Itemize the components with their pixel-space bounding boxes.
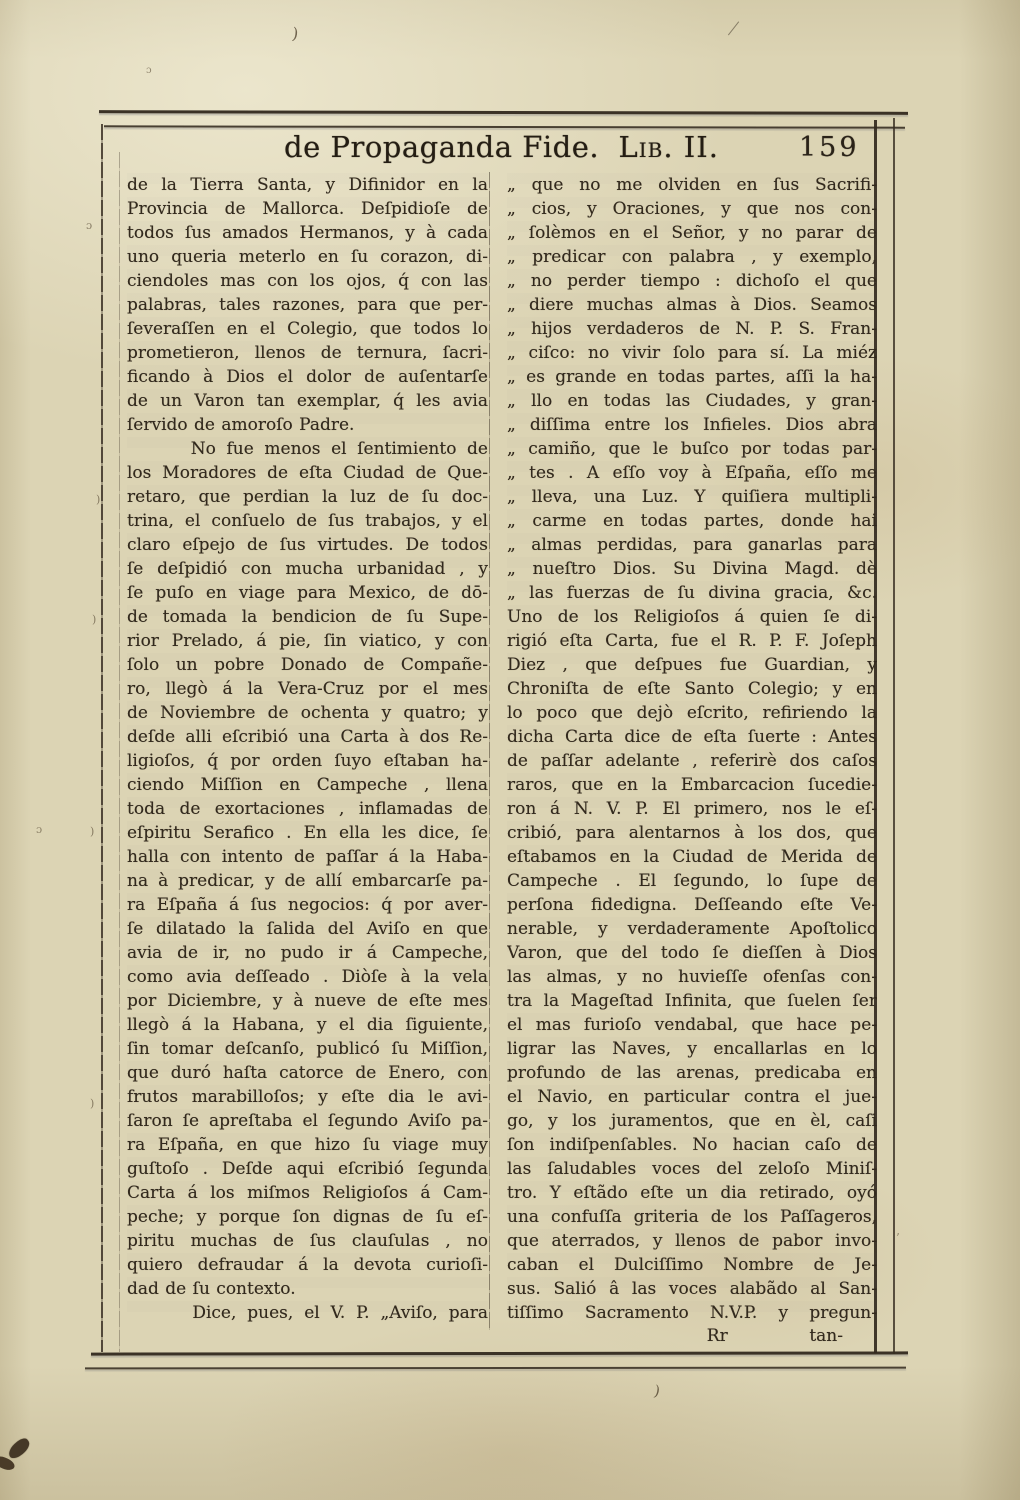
- text-line: las almas, y no huvieſſe ofenſas con-: [507, 965, 877, 989]
- text-line: caban el Dulciſſimo Nombre de Je-: [507, 1253, 877, 1277]
- page-header: de Propaganda Fide. Lib. II. 159: [0, 130, 1020, 172]
- text-line: perſona fidedigna. Deſſeando eſte Ve-: [507, 893, 877, 917]
- text-line: palabras, tales razones, para que per-: [127, 293, 488, 317]
- text-line: dicha Carta dice de eſta ſuerte : Antes: [507, 725, 877, 749]
- text-line: como avia deſſeado . Diòſe à la vela: [127, 965, 488, 989]
- top-rule-outer: [99, 110, 908, 115]
- ink-mark: ’: [896, 1232, 900, 1244]
- text-line: piritu muchas de ſus clauſulas , no: [127, 1229, 488, 1253]
- text-line: „ tes . A eſſo voy à Eſpaña, eſſo me: [507, 461, 877, 485]
- text-line: ſin tomar deſcanſo, publicó ſu Miſſion,: [127, 1037, 488, 1061]
- text-line: de un Varon tan exemplar, q́ les avia: [127, 389, 488, 413]
- text-line: No fue menos el ſentimiento de: [127, 437, 488, 461]
- text-line: las ſaludables voces del zeloſo Miniſ-: [507, 1157, 877, 1181]
- text-line: profundo de las arenas, predicaba en: [507, 1061, 877, 1085]
- text-line: frutos marabilloſos; y eſte dia le avi-: [127, 1085, 488, 1109]
- text-line: ſe dilatado la ſalida del Aviſo en que: [127, 917, 488, 941]
- text-line: sus. Salió â las voces alabãdo al San-: [507, 1277, 877, 1301]
- text-line: „ llo en todas las Ciudades, y gran-: [507, 389, 877, 413]
- text-line: claro eſpejo de ſus virtudes. De todos: [127, 533, 488, 557]
- ink-mark: ): [96, 494, 100, 505]
- text-line: Varon, que del todo ſe dieſſen à Dios: [507, 941, 877, 965]
- text-line: go, y los juramentos, que en èl, caſi: [507, 1109, 877, 1133]
- text-line: que duró haſta catorce de Enero, con: [127, 1061, 488, 1085]
- text-line: ſervido de amoroſo Padre.: [127, 413, 488, 437]
- text-line: ligrar las Naves, y encallarlas en lo: [507, 1037, 877, 1061]
- text-line: ſaron ſe apreſtaba el ſegundo Aviſo pa-: [127, 1109, 488, 1133]
- text-line: retaro, que perdian la luz de ſu doc-: [127, 485, 488, 509]
- left-frame-line-inner: [119, 152, 120, 1352]
- column-divider-line: [489, 172, 490, 1330]
- text-line: de Noviembre de ochenta y quatro; y: [127, 701, 488, 725]
- text-line: „ carme en todas partes, donde hai: [507, 509, 877, 533]
- running-title: de Propaganda Fide. Lib. II.: [284, 130, 719, 164]
- text-line: todos ſus amados Hermanos, y à cada: [127, 221, 488, 245]
- running-title-text: de Propaganda Fide.: [284, 130, 599, 164]
- text-line: de paſſar adelante , referirè dos caſos: [507, 749, 877, 773]
- text-line: uno queria meterlo en ſu corazon, di-: [127, 245, 488, 269]
- ink-blot: [0, 1440, 35, 1480]
- text-line: ſeveraſſen en el Colegio, que todos lo: [127, 317, 488, 341]
- page-number: 159: [799, 132, 860, 163]
- text-line: „ diere muchas almas à Dios. Seamos: [507, 293, 877, 317]
- text-line: ficando à Dios el dolor de auſentarſe: [127, 365, 488, 389]
- text-line: „ nueſtro Dios. Su Divina Magd. dè: [507, 557, 877, 581]
- text-line: rigió eſta Carta, fue el R. P. F. Joſeph: [507, 629, 877, 653]
- ink-blot-part: [6, 1436, 33, 1461]
- text-line: rior Prelado, á pie, ſin viatico, y con: [127, 629, 488, 653]
- text-line: ciendoles mas con los ojos, q́ con las: [127, 269, 488, 293]
- bottom-rule-inner: [91, 1351, 908, 1355]
- text-line: Campeche . El ſegundo, lo ſupe de: [507, 869, 877, 893]
- text-line: toda de exortaciones , inflamadas de: [127, 797, 488, 821]
- text-line: tro. Y eſtãdo eſte un dia retirado, oyó: [507, 1181, 877, 1205]
- text-line: „ almas perdidas, para ganarlas para: [507, 533, 877, 557]
- left-text-column: de la Tierra Santa, y Difinidor en laPro…: [127, 173, 488, 1325]
- text-line: deſde alli eſcribió una Carta à dos Re-: [127, 725, 488, 749]
- text-line: lo poco que dejò eſcrito, refiriendo la: [507, 701, 877, 725]
- text-line: Diez , que deſpues fue Guardian, y: [507, 653, 877, 677]
- right-frame-line-outer: [893, 118, 895, 1354]
- text-line: „ es grande en todas partes, aſſi la ha-: [507, 365, 877, 389]
- book-page-scan: de Propaganda Fide. Lib. II. 159 de la T…: [0, 0, 1020, 1500]
- top-rule-inner: [104, 125, 905, 129]
- text-line: „ cios, y Oraciones, y que nos con-: [507, 197, 877, 221]
- ink-mark: ): [653, 1384, 662, 1400]
- text-line: ro, llegò á la Vera-Cruz por el mes: [127, 677, 488, 701]
- left-frame-line: [101, 124, 103, 1352]
- ink-mark: ): [291, 26, 299, 43]
- text-line: „ diſſima entre los Infieles. Dios abra: [507, 413, 877, 437]
- text-line: ſon indiſpenſables. No hacian caſo de: [507, 1133, 877, 1157]
- text-line: Provincia de Mallorca. Deſpidioſe de: [127, 197, 488, 221]
- text-line: los Moradores de eſta Ciudad de Que-: [127, 461, 488, 485]
- text-line: por Diciembre, y à nueve de eſte mes: [127, 989, 488, 1013]
- text-line: „ camiño, que le buſco por todas par-: [507, 437, 877, 461]
- text-line: Uno de los Religioſos á quien ſe di-: [507, 605, 877, 629]
- ink-mark: ): [92, 614, 96, 625]
- text-line: „ ſolèmos en el Señor, y no parar de: [507, 221, 877, 245]
- ink-mark: ): [90, 826, 94, 837]
- text-line: halla con intento de paſſar á la Haba-: [127, 845, 488, 869]
- text-line: ra Eſpaña á ſus negocios: q́ por aver-: [127, 893, 488, 917]
- text-line: na à predicar, y de allí embarcarſe pa-: [127, 869, 488, 893]
- text-line: ſe puſo en viage para Mexico, de dō-: [127, 581, 488, 605]
- catchword: tan-: [809, 1326, 843, 1346]
- text-line: Carta á los miſmos Religioſos á Cam-: [127, 1181, 488, 1205]
- text-line: llegò á la Habana, y el dia ſiguiente,: [127, 1013, 488, 1037]
- text-line: trina, el conſuelo de ſus trabajos, y el: [127, 509, 488, 533]
- text-line: avia de ir, no pudo ir á Campeche,: [127, 941, 488, 965]
- right-text-column: „ que no me olviden en ſus Sacrifi-„ cio…: [507, 173, 877, 1325]
- text-line: guſtoſo . Deſde aqui eſcribió ſegunda: [127, 1157, 488, 1181]
- text-line: ſe deſpidió con mucha urbanidad , y: [127, 557, 488, 581]
- text-line: Chroniſta de eſte Santo Colegio; y en: [507, 677, 877, 701]
- text-line: „ ciſco: no vivir ſolo para sí. La miéz: [507, 341, 877, 365]
- text-line: cribió, para alentarnos à los dos, que: [507, 821, 877, 845]
- text-line: ligioſos, q́ por orden ſuyo eſtaban ha-: [127, 749, 488, 773]
- text-line: eſtabamos en la Ciudad de Merida de: [507, 845, 877, 869]
- text-line: de tomada la bendicion de ſu Supe-: [127, 605, 488, 629]
- gathering-signature: Rr: [707, 1326, 728, 1346]
- text-line: tra la Mageſtad Infinita, que ſuelen ſer: [507, 989, 877, 1013]
- text-line: el Navio, en particular contra el jue-: [507, 1085, 877, 1109]
- scratch-mark: [728, 21, 740, 35]
- bottom-rule-outer: [85, 1367, 906, 1370]
- text-line: una confuſſa griteria de los Paſſageros,: [507, 1205, 877, 1229]
- text-line: eſpiritu Serafico . En ella les dice, ſe: [127, 821, 488, 845]
- signature-line: Rr tan-: [507, 1326, 877, 1350]
- text-line: „ hijos verdaderos de N. P. S. Fran-: [507, 317, 877, 341]
- ink-mark: ɔ: [36, 824, 42, 835]
- ink-mark: ɔ: [146, 66, 152, 76]
- text-line: „ predicar con palabra , y exemplo,: [507, 245, 877, 269]
- text-line: de la Tierra Santa, y Difinidor en la: [127, 173, 488, 197]
- text-line: Dice, pues, el V. P. „Aviſo, para: [127, 1301, 488, 1325]
- text-line: ſolo un pobre Donado de Compañe-: [127, 653, 488, 677]
- text-line: raros, que en la Embarcacion ſucedie-: [507, 773, 877, 797]
- text-line: que aterrados, y llenos de pabor invo-: [507, 1229, 877, 1253]
- text-line: prometieron, llenos de ternura, ſacri-: [127, 341, 488, 365]
- text-line: nerable, y verdaderamente Apoſtolico: [507, 917, 877, 941]
- text-line: „ que no me olviden en ſus Sacrifi-: [507, 173, 877, 197]
- text-line: dad de ſu contexto.: [127, 1277, 488, 1301]
- text-line: ciendo Miſſion en Campeche , llena: [127, 773, 488, 797]
- ink-mark: ɔ: [86, 220, 92, 231]
- text-line: peche; y porque ſon dignas de ſu eſ-: [127, 1205, 488, 1229]
- text-line: ra Eſpaña, en que hizo ſu viage muy: [127, 1133, 488, 1157]
- book-label: Lib. II.: [619, 130, 719, 164]
- text-line: quiero defraudar á la devota curioſi-: [127, 1253, 488, 1277]
- text-line: „ lleva, una Luz. Y quiſiera multipli-: [507, 485, 877, 509]
- text-line: el mas furioſo vendabal, que hace pe-: [507, 1013, 877, 1037]
- ink-mark: ): [90, 1098, 94, 1109]
- text-line: ron á N. V. P. El primero, nos le eſ-: [507, 797, 877, 821]
- text-line: „ no perder tiempo : dichoſo el que: [507, 269, 877, 293]
- text-line: „ las fuerzas de ſu divina gracia, &c.: [507, 581, 877, 605]
- text-line: tiſſimo Sacramento N.V.P. y pregun-: [507, 1301, 877, 1325]
